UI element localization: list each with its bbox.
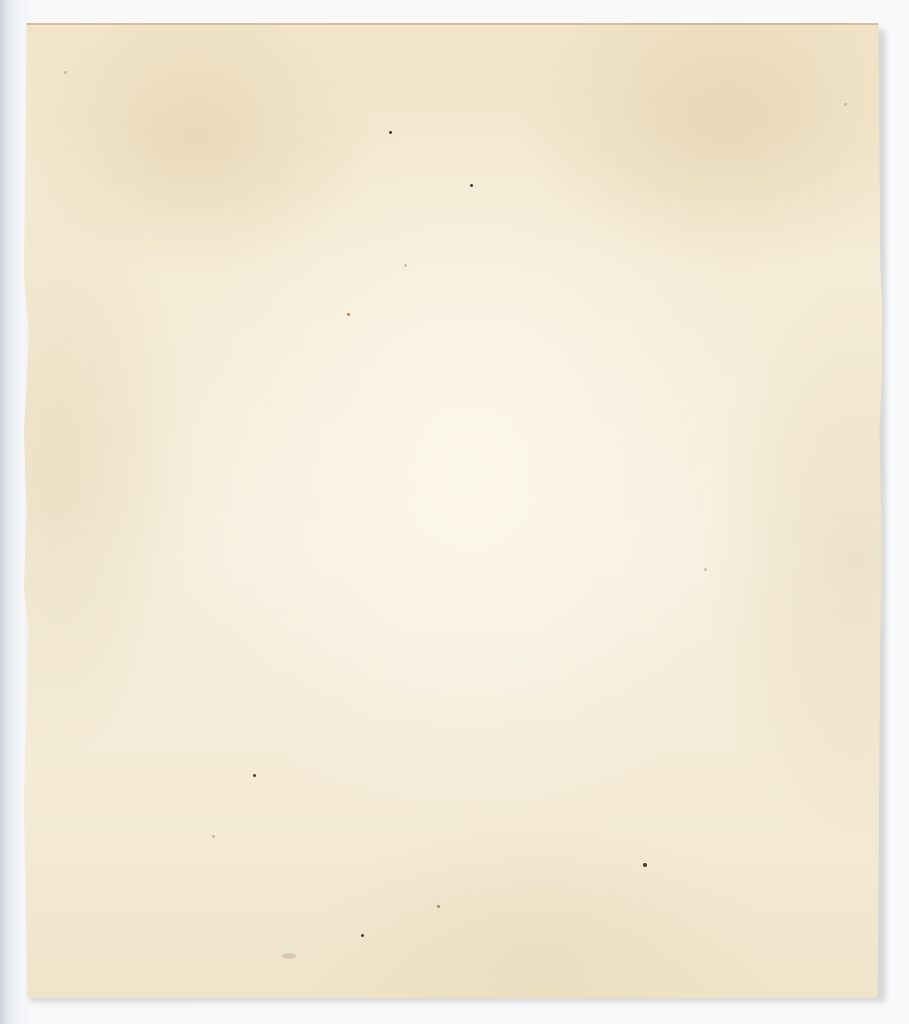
speck xyxy=(470,184,473,187)
speck xyxy=(404,264,407,267)
speck xyxy=(437,905,440,908)
speck xyxy=(704,568,707,571)
speck xyxy=(282,953,296,959)
speck xyxy=(361,934,364,937)
speck xyxy=(643,863,647,867)
blank-paper-sheet xyxy=(24,23,882,998)
paper-top-edge xyxy=(24,23,882,25)
speck xyxy=(253,774,256,777)
speck xyxy=(212,835,215,838)
speck xyxy=(844,103,847,106)
speck xyxy=(347,313,350,316)
speck xyxy=(64,71,67,74)
speck xyxy=(389,131,392,134)
